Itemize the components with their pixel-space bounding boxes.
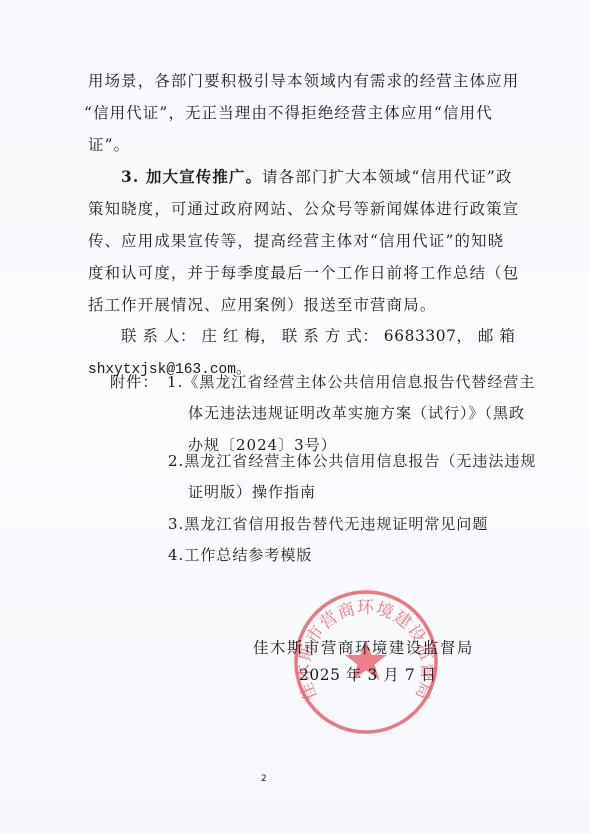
signature-date: 2025 年 3 月 7 日 [299, 665, 437, 685]
official-seal-icon: 佳木斯市营商环境建设监督局 [292, 588, 440, 736]
attachment-line: 证明版）操作指南 [188, 482, 316, 502]
body-line: “信用代证”，无正当理由不得拒绝经营主体应用“信用代 [84, 103, 494, 123]
body-line: 策知晓度，可通过政府网站、公众号等新闻媒体进行政策宣 [88, 199, 498, 219]
body-line: 括工作开展情况、应用案例）报送至市营商局。 [88, 295, 498, 315]
attachment-item-4: 4.工作总结参考模版 [168, 545, 312, 565]
body-line: 传、应用成果宣传等，提高经营主体对“信用代证”的知晓 [88, 231, 498, 251]
contact-line: 联 系 人： 庄 红 梅， 联 系 方 式： 6683307， 邮 箱 [121, 326, 501, 346]
signature-org: 佳木斯市营商环境建设监督局 [253, 638, 474, 658]
attachment-line: 体无违法违规证明改革实施方案（试行）》（黑政 [188, 403, 525, 423]
section-3-first-line: 3. 加大宣传推广。请各部门扩大本领域“信用代证”政 [121, 167, 501, 187]
section-3-text: 请各部门扩大本领域“信用代证”政 [262, 168, 512, 186]
body-line: 用场景，各部门要积极引导本领域内有需求的经营主体应用 [88, 71, 498, 91]
attachment-item-2: 2.黑龙江省经营主体公共信用信息报告（无违法违规 [168, 451, 536, 471]
attachments-label: 附件： [110, 372, 159, 392]
page-number: 2 [261, 774, 267, 784]
document-page: 用场景，各部门要积极引导本领域内有需求的经营主体应用 “信用代证”，无正当理由不… [0, 0, 590, 834]
section-3-heading: 3. 加大宣传推广。 [121, 168, 262, 186]
body-line: 证”。 [88, 135, 498, 155]
body-line: 度和认可度，并于每季度最后一个工作日前将工作总结（包 [88, 263, 498, 283]
attachment-item-3: 3.黑龙江省信用报告替代无违规证明常见问题 [168, 514, 488, 534]
attachment-item-1: 1.《黑龙江省经营主体公共信用信息报告代替经营主 [167, 372, 535, 392]
